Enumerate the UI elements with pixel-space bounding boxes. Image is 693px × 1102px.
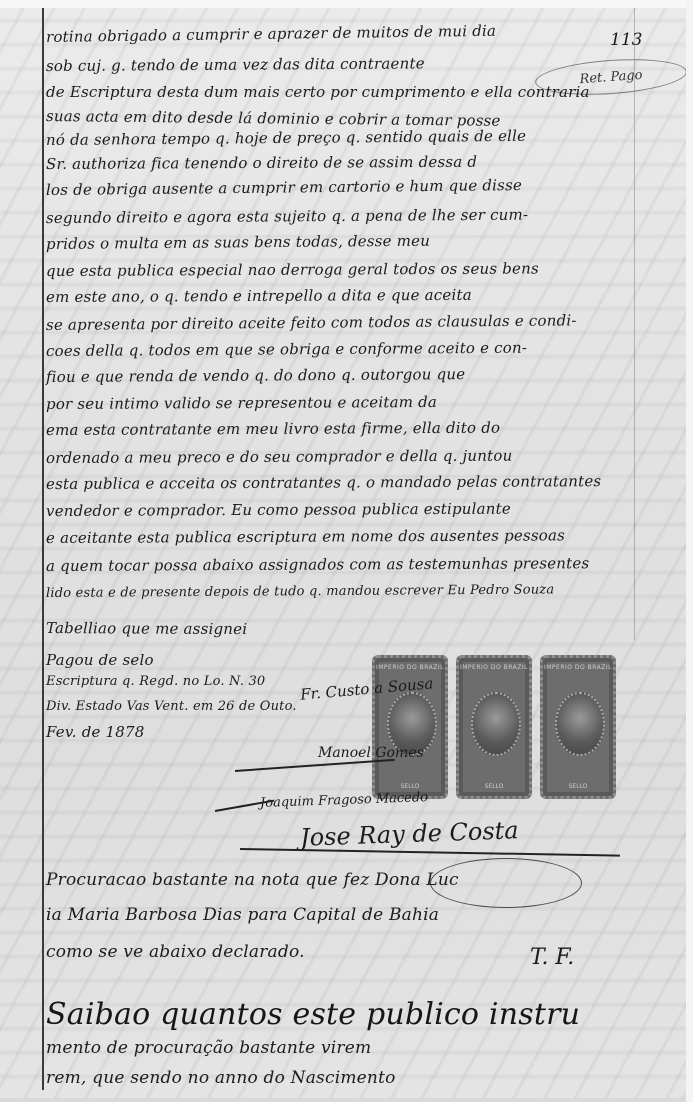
body-line: que esta publica especial nao derroga ge… — [46, 259, 539, 280]
body-line: pridos o multa em as suas bens todas, de… — [46, 232, 430, 253]
stamp-portrait-icon — [471, 692, 521, 756]
annotation-line: Escriptura q. Regd. no Lo. N. 30 — [46, 674, 265, 689]
revenue-stamp: IMPERIO DO BRAZIL SELLO — [456, 655, 532, 799]
body-line: Tabelliao que me assignei — [46, 619, 247, 638]
stamp-header: IMPERIO DO BRAZIL — [459, 664, 529, 671]
annotation-line: Fev. de 1878 — [46, 723, 145, 741]
body-line: ordenado a meu preco e do seu comprador … — [46, 447, 513, 467]
annotation-line: Pagou de selo — [46, 651, 154, 669]
revenue-stamp: IMPERIO DO BRAZIL SELLO — [540, 655, 616, 799]
stamp-footer: SELLO — [375, 783, 445, 790]
stamp-header: IMPERIO DO BRAZIL — [375, 664, 445, 671]
stamp-footer: SELLO — [459, 783, 529, 790]
body-line: de Escriptura desta dum mais certo por c… — [46, 83, 590, 101]
document-page: 113 Ret. Pago rotina obrigado a cumprir … — [0, 0, 686, 1098]
body-line: Sr. authoriza fica tenendo o direito de … — [46, 153, 477, 173]
poa-line: ia Maria Barbosa Dias para Capital de Ba… — [46, 905, 439, 925]
deed-heading: Saibao quantos este publico instru — [46, 997, 580, 1032]
annotation-line: Div. Estado Vas Vent. em 26 de Outo. — [46, 699, 297, 714]
body-line: fiou e que renda de vendo q. do dono q. … — [46, 365, 465, 386]
body-line: vendedor e comprador. Eu como pessoa pub… — [46, 500, 511, 520]
body-line: e aceitante esta publica escriptura em n… — [46, 526, 565, 547]
body-line: coes della q. todos em que se obriga e c… — [46, 339, 527, 360]
poa-line: Procuracao bastante na nota que fez Dona… — [46, 870, 459, 890]
stamp-portrait-icon — [555, 692, 605, 756]
stamp-header: IMPERIO DO BRAZIL — [543, 664, 613, 671]
scan-right-edge — [686, 0, 693, 1102]
margin-rule — [42, 0, 44, 1090]
deed-line: mento de procuração bastante virem — [46, 1038, 371, 1058]
body-line: ema esta contratante em meu livro esta f… — [46, 419, 500, 439]
body-line: a quem tocar possa abaixo assignados com… — [46, 554, 589, 575]
body-line: em este ano, o q. tendo e intrepello a d… — [46, 286, 472, 306]
signature: Manoel Gomes — [318, 745, 424, 761]
stamp-footer: SELLO — [543, 783, 613, 790]
body-line: segundo direito e agora esta sujeito q. … — [46, 206, 528, 227]
body-line: esta publica e acceita os contratantes q… — [46, 472, 601, 493]
body-line: sob cuj. g. tendo de uma vez das dita co… — [46, 54, 425, 75]
body-line: por seu intimo valido se representou e a… — [46, 393, 437, 413]
right-margin-rule — [634, 0, 635, 640]
deed-line: rem, que sendo no anno do Nascimento — [46, 1068, 396, 1088]
scan-top-edge — [0, 0, 693, 8]
folio-number: 113 — [610, 30, 642, 50]
notary-initials: T. F. — [530, 945, 574, 970]
poa-line: como se ve abaixo declarado. — [46, 942, 305, 962]
